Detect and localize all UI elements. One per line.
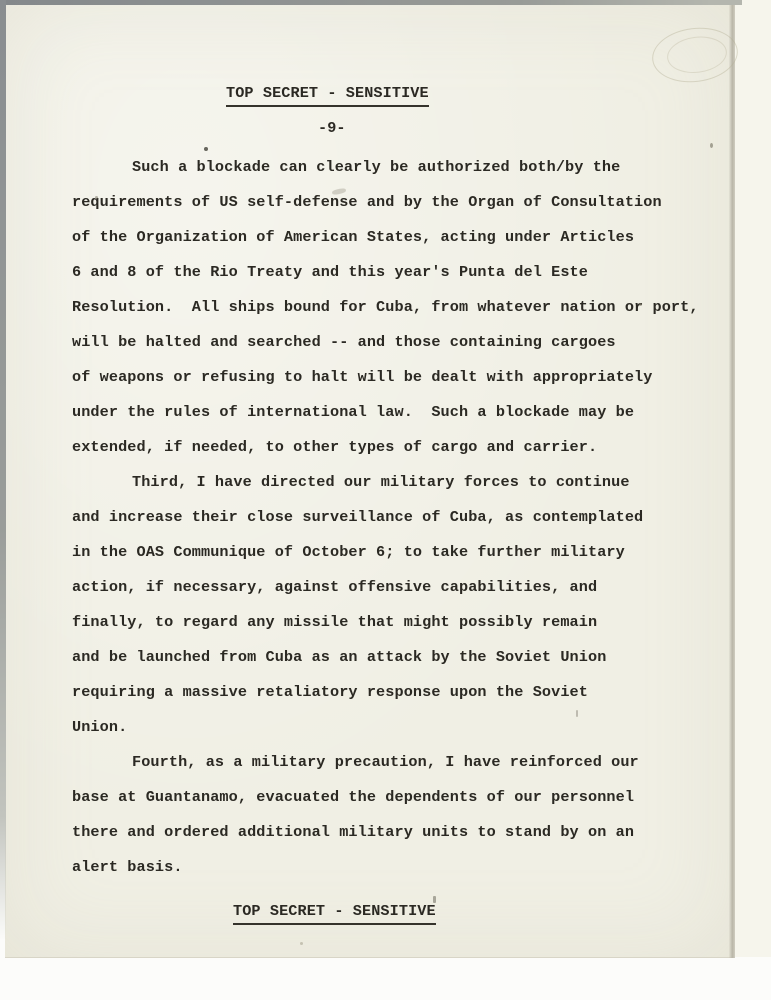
backing-sheet-bottom [0,957,771,1000]
classification-header: TOP SECRET - SENSITIVE [226,86,429,107]
text-line: Resolution. All ships bound for Cuba, fr… [72,290,692,325]
text-line: action, if necessary, against offensive … [72,570,692,605]
text-line: there and ordered additional military un… [72,815,692,850]
text-line: base at Guantanamo, evacuated the depend… [72,780,692,815]
text-line: requiring a massive retaliatory response… [72,675,692,710]
text-line: in the OAS Communique of October 6; to t… [72,535,692,570]
page-number: -9- [318,121,346,136]
scan-edge-left [0,0,6,960]
document-body: Such a blockade can clearly be authorize… [72,150,692,885]
text-line: of the Organization of American States, … [72,220,692,255]
scanned-document: TOP SECRET - SENSITIVE -9- Such a blocka… [0,0,771,1000]
classification-footer: TOP SECRET - SENSITIVE [233,904,436,925]
text-line: Union. [72,710,692,745]
text-line: requirements of US self-defense and by t… [72,185,692,220]
text-line: 6 and 8 of the Rio Treaty and this year'… [72,255,692,290]
text-line: Third, I have directed our military forc… [72,465,692,500]
scan-speck [576,710,578,717]
text-line: alert basis. [72,850,692,885]
text-line: finally, to regard any missile that migh… [72,605,692,640]
scan-edge-top [0,0,742,5]
scan-speck [204,147,208,151]
text-line: and increase their close surveillance of… [72,500,692,535]
backing-sheet-right [734,0,771,963]
scan-speck [710,143,713,148]
text-line: extended, if needed, to other types of c… [72,430,692,465]
scan-speck [433,896,436,903]
text-line: of weapons or refusing to halt will be d… [72,360,692,395]
page-right-edge [729,2,735,958]
faint-stamp-inner-ring [665,33,729,76]
text-line: will be halted and searched -- and those… [72,325,692,360]
scan-speck [300,942,303,945]
scan-speck [95,196,98,199]
text-line: and be launched from Cuba as an attack b… [72,640,692,675]
scan-speck [639,303,642,306]
text-line: under the rules of international law. Su… [72,395,692,430]
text-line: Such a blockade can clearly be authorize… [72,150,692,185]
text-line: Fourth, as a military precaution, I have… [72,745,692,780]
